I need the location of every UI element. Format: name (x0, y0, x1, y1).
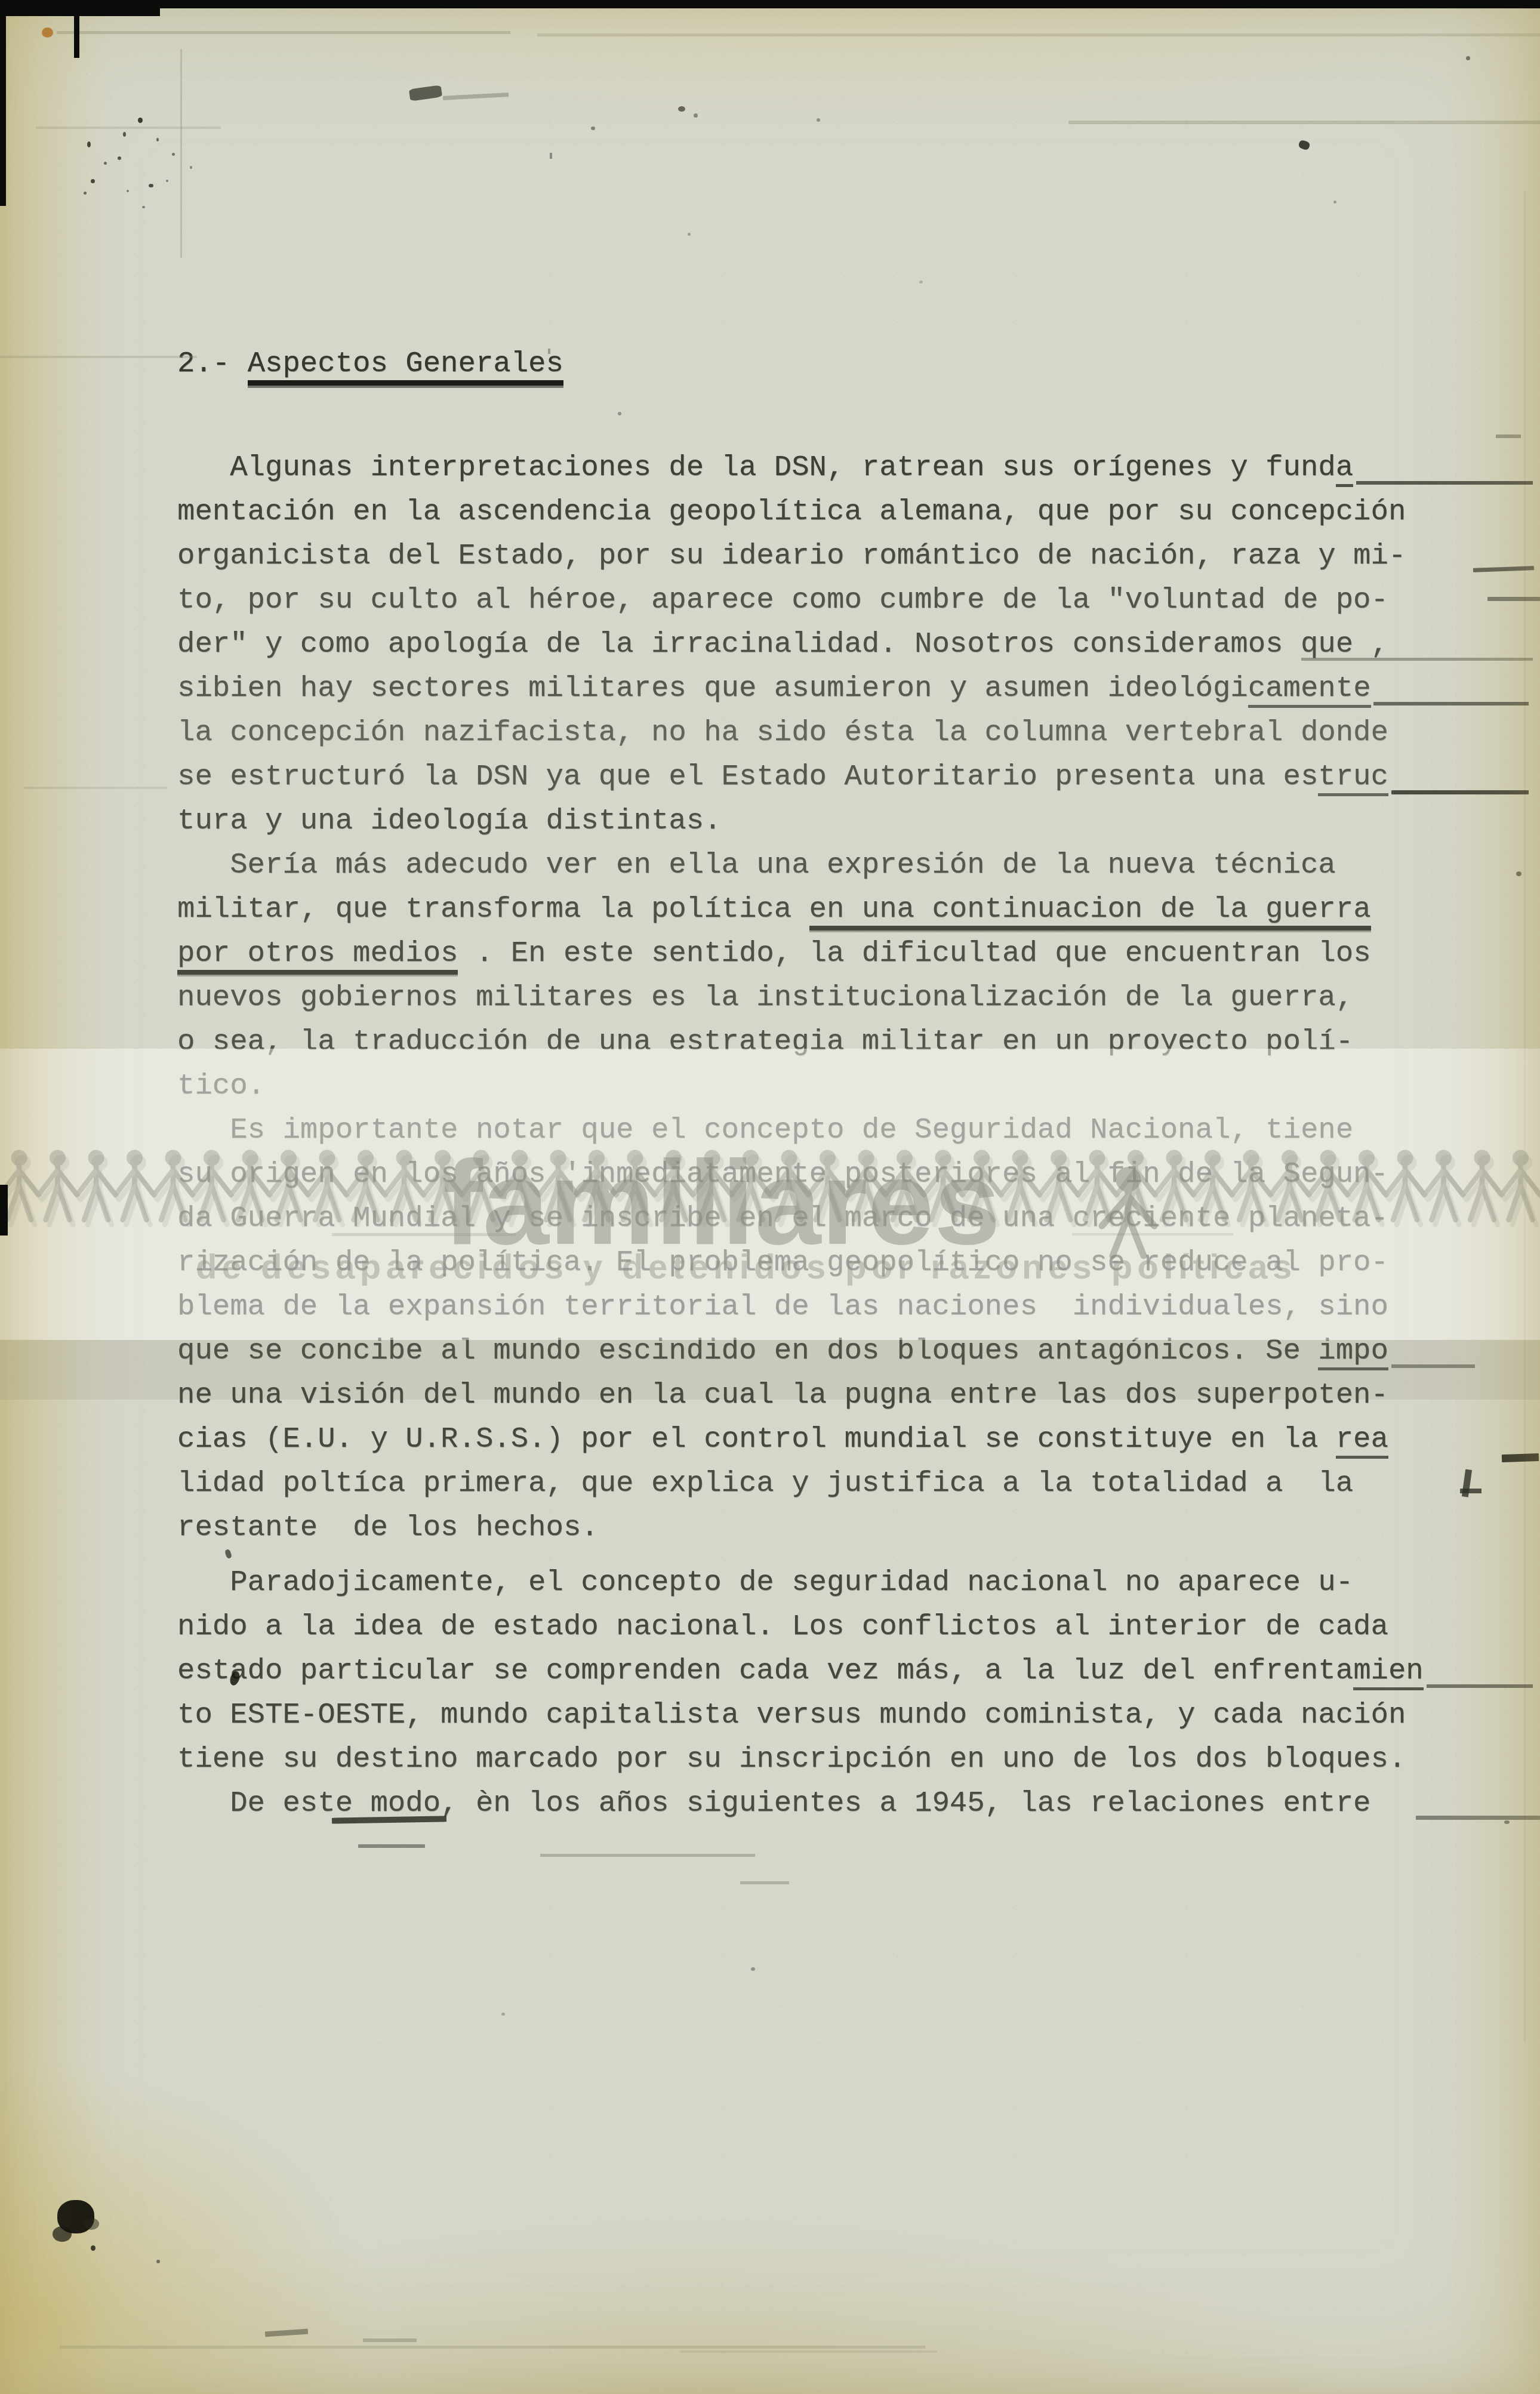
scanner-edge-bar (1532, 0, 1540, 6)
scanner-edge-bar (0, 0, 1540, 8)
scanner-edge-bar (0, 0, 160, 16)
scanner-edge-bar (74, 16, 79, 58)
scanned-document-page: 2.- Aspectos Generales Algunas interpret… (0, 0, 1540, 2394)
scanner-edge-bar (0, 1185, 8, 1235)
scanner-edge-bar (0, 0, 6, 206)
scan-edges (0, 0, 1540, 2394)
